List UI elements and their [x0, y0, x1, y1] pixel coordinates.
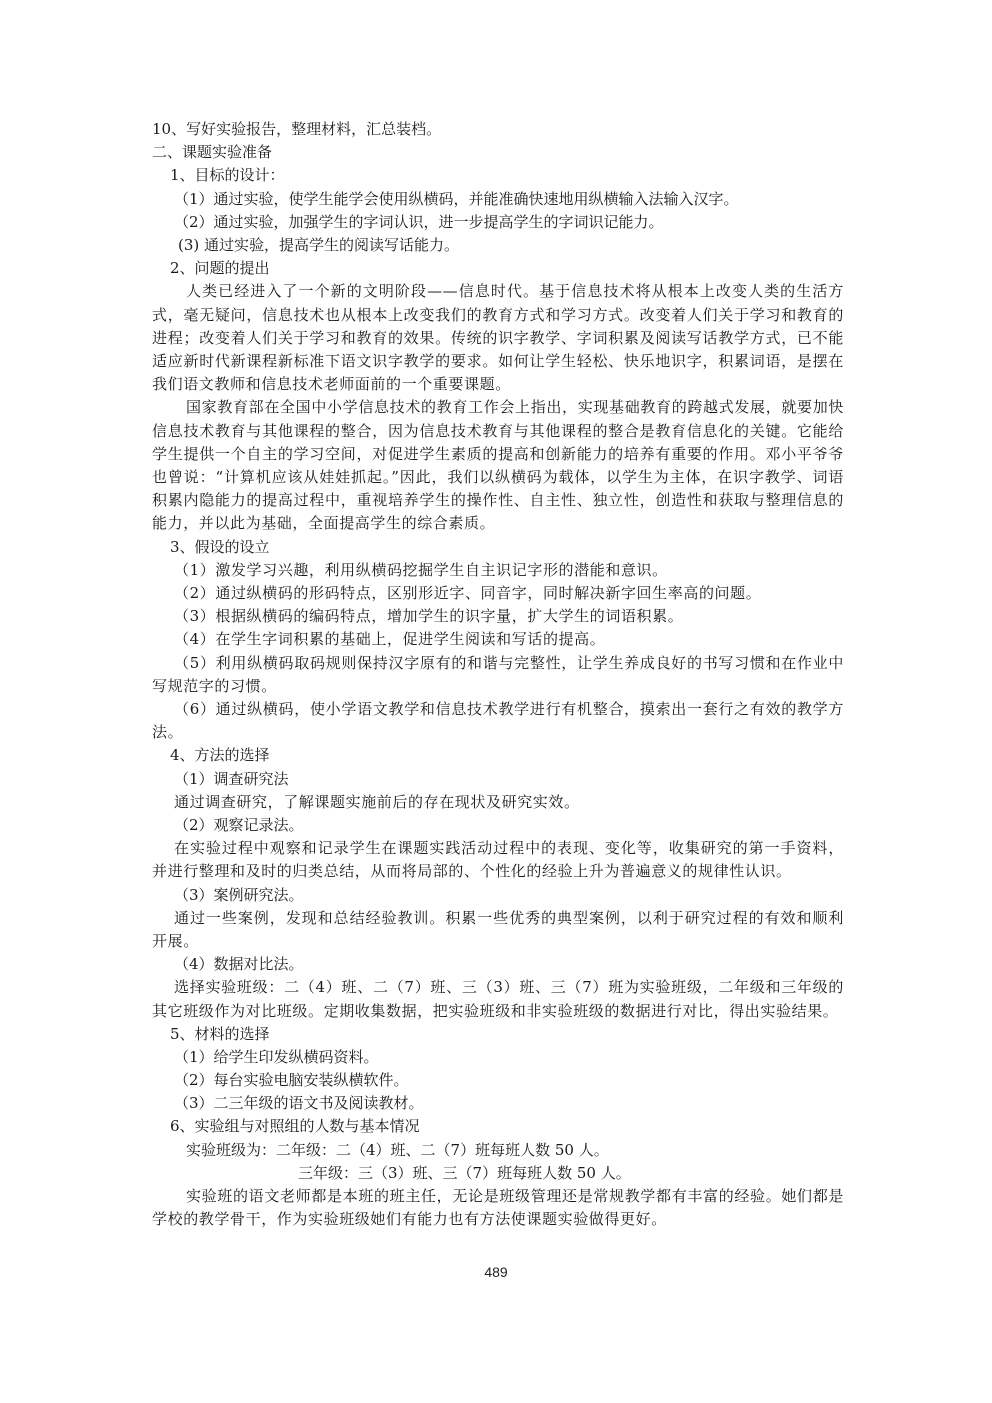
- problem-paragraph-2: 国家教育部在全国中小学信息技术的教育工作会上指出，实现基础教育的跨越式发展，就要…: [152, 396, 844, 535]
- hypothesis-item-1: （1）激发学习兴趣，利用纵横码挖掘学生自主识记字形的潜能和意识。: [152, 559, 844, 582]
- method-1-text: 通过调查研究，了解课题实施前后的存在现状及研究实效。: [152, 791, 844, 814]
- material-item-2: （2）每台实验电脑安装纵横软件。: [152, 1069, 844, 1092]
- experiment-classes-grade-3: 三年级：三（3）班、三（7）班每班人数 50 人。: [152, 1162, 844, 1185]
- subsection-heading-groups: 6、实验组与对照组的人数与基本情况: [152, 1115, 844, 1138]
- subsection-heading-materials: 5、材料的选择: [152, 1023, 844, 1046]
- subsection-heading-hypothesis: 3、假设的设立: [152, 536, 844, 559]
- hypothesis-item-5: （5）利用纵横码取码规则保持汉字原有的和谐与完整性，让学生养成良好的书写习惯和在…: [152, 652, 844, 698]
- document-page: 10、写好实验报告，整理材料，汇总装档。 二、课题实验准备 1、目标的设计： （…: [152, 118, 844, 1231]
- material-item-1: （1）给学生印发纵横码资料。: [152, 1046, 844, 1069]
- method-4-text: 选择实验班级：二（4）班、二（7）班、三（3）班、三（7）班为实验班级，二年级和…: [152, 976, 844, 1022]
- page-number: 489: [0, 1264, 992, 1280]
- subsection-heading-methods: 4、方法的选择: [152, 744, 844, 767]
- hypothesis-item-3: （3）根据纵横码的编码特点，增加学生的识字量，扩大学生的词语积累。: [152, 605, 844, 628]
- goal-item-3: (3) 通过实验，提高学生的阅读写话能力。: [152, 234, 844, 257]
- step-10-line: 10、写好实验报告，整理材料，汇总装档。: [152, 118, 844, 141]
- method-2-title: （2）观察记录法。: [152, 814, 844, 837]
- subsection-heading-problem: 2、问题的提出: [152, 257, 844, 280]
- method-3-title: （3）案例研究法。: [152, 884, 844, 907]
- problem-paragraph-1: 人类已经进入了一个新的文明阶段——信息时代。基于信息技术将从根本上改变人类的生活…: [152, 280, 844, 396]
- material-item-3: （3）二三年级的语文书及阅读教材。: [152, 1092, 844, 1115]
- section-heading: 二、课题实验准备: [152, 141, 844, 164]
- hypothesis-item-6: （6）通过纵横码，使小学语文教学和信息技术教学进行有机整合，摸索出一套行之有效的…: [152, 698, 844, 744]
- goal-item-2: （2）通过实验，加强学生的字词认识，进一步提高学生的字词识记能力。: [152, 211, 844, 234]
- method-2-text: 在实验过程中观察和记录学生在课题实践活动过程中的表现、变化等，收集研究的第一手资…: [152, 837, 844, 883]
- method-4-title: （4）数据对比法。: [152, 953, 844, 976]
- method-1-title: （1）调查研究法: [152, 768, 844, 791]
- teachers-paragraph: 实验班的语文老师都是本班的班主任，无论是班级管理还是常规教学都有丰富的经验。她们…: [152, 1185, 844, 1231]
- goal-item-1: （1）通过实验，使学生能学会使用纵横码，并能准确快速地用纵横输入法输入汉字。: [152, 188, 844, 211]
- hypothesis-item-4: （4）在学生字词积累的基础上，促进学生阅读和写话的提高。: [152, 628, 844, 651]
- experiment-classes-grade-2: 实验班级为：二年级：二（4）班、二（7）班每班人数 50 人。: [152, 1139, 844, 1162]
- hypothesis-item-2: （2）通过纵横码的形码特点，区别形近字、同音字，同时解决新字回生率高的问题。: [152, 582, 844, 605]
- subsection-heading-goals: 1、目标的设计：: [152, 164, 844, 187]
- method-3-text: 通过一些案例，发现和总结经验教训。积累一些优秀的典型案例，以利于研究过程的有效和…: [152, 907, 844, 953]
